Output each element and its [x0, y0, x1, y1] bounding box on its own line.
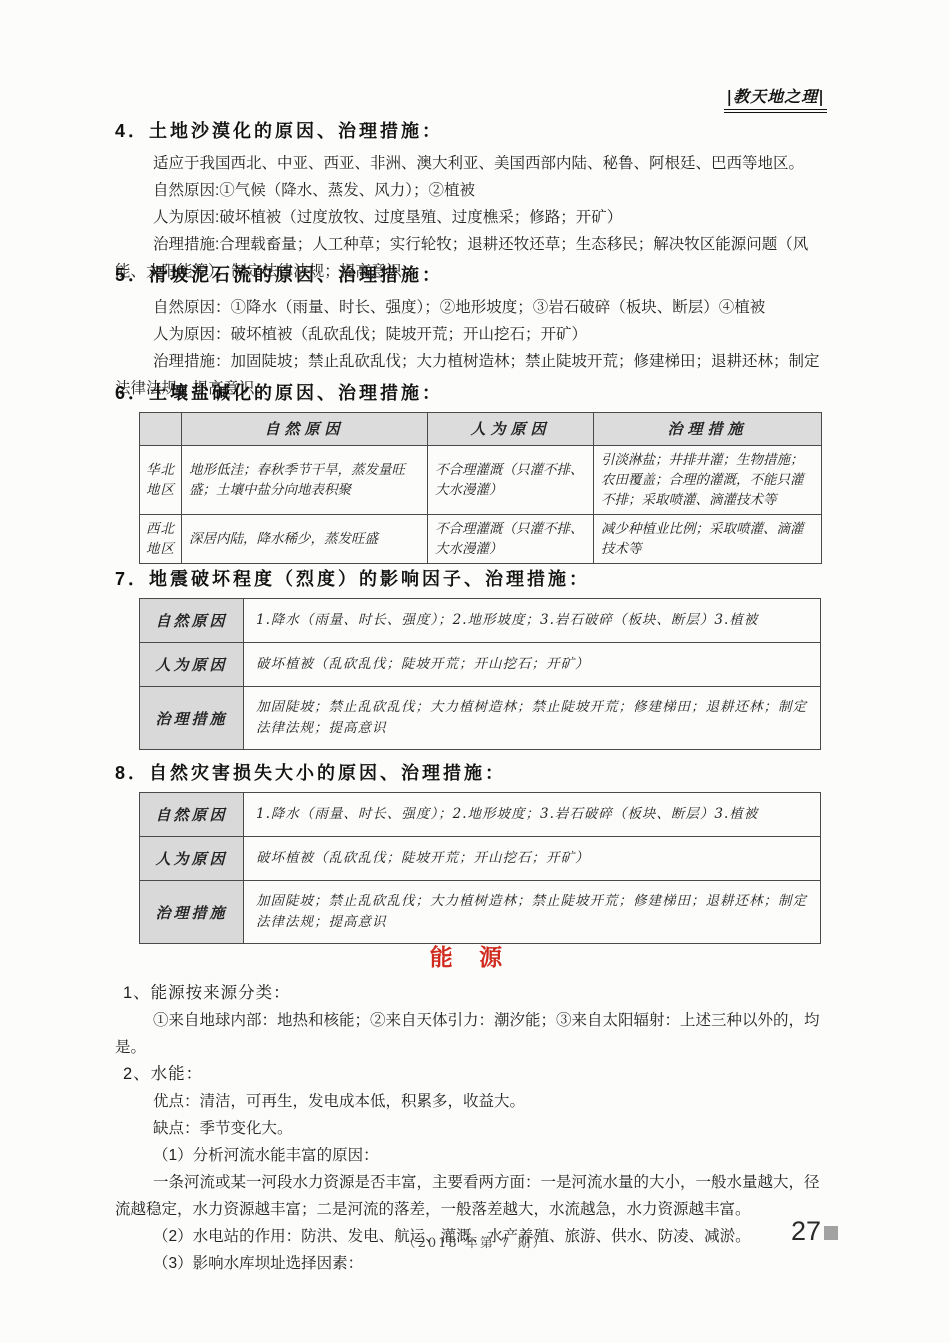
- row-label: 自然原因: [140, 599, 244, 643]
- paragraph: 人为原因：破坏植被（乱砍乱伐；陡坡开荒；开山挖石；开矿）: [115, 321, 827, 348]
- paragraph: 缺点：季节变化大。: [115, 1115, 827, 1142]
- measures-cell: 减少种植业比例；采取喷灌、滴灌技术等: [594, 515, 822, 564]
- table-row: 人为原因 破坏植被（乱砍乱伐；陡坡开荒；开山挖石；开矿）: [140, 837, 821, 881]
- energy-item-title: 2、水能：: [115, 1061, 827, 1088]
- paragraph: 人为原因:破坏植被（过度放牧、过度垦殖、过度樵采；修路；开矿）: [115, 204, 827, 231]
- table-row: 华北地区 地形低洼；春秋季节干旱，蒸发量旺盛；土壤中盐分向地表积聚 不合理灌溉（…: [140, 446, 822, 515]
- row-content: 破坏植被（乱砍乱伐；陡坡开荒；开山挖石；开矿）: [244, 643, 821, 687]
- section-salinization: 6．土壤盐碱化的原因、治理措施： 自然原因 人为原因 治理措施 华北地区 地形低…: [115, 380, 827, 564]
- row-label: 人为原因: [140, 837, 244, 881]
- row-label: 人为原因: [140, 643, 244, 687]
- column-header: 人为原因: [428, 413, 594, 446]
- earthquake-table: 自然原因 1.降水（雨量、时长、强度）；2.地形坡度；3.岩石破碎（板块、断层）…: [139, 598, 821, 750]
- row-label: 治理措施: [140, 881, 244, 944]
- page-header: |教天地之理|: [115, 84, 827, 113]
- measures-cell: 引淡淋盐；井排井灌；生物措施；农田覆盖；合理的灌溉，不能只灌不排；采取喷灌、滴灌…: [594, 446, 822, 515]
- paragraph: 自然原因:①气候（降水、蒸发、风力）；②植被: [115, 177, 827, 204]
- section-title: 5．滑坡泥石流的原因、治理措施：: [115, 262, 827, 288]
- natural-cause-cell: 深居内陆，降水稀少，蒸发旺盛: [182, 515, 428, 564]
- row-label: 自然原因: [140, 793, 244, 837]
- row-content: 1.降水（雨量、时长、强度）；2.地形坡度；3.岩石破碎（板块、断层）3.植被: [244, 599, 821, 643]
- row-content: 加固陡坡；禁止乱砍乱伐；大力植树造林；禁止陡坡开荒；修建梯田；退耕还林；制定法律…: [244, 687, 821, 750]
- table-row: 治理措施 加固陡坡；禁止乱砍乱伐；大力植树造林；禁止陡坡开荒；修建梯田；退耕还林…: [140, 881, 821, 944]
- row-content: 加固陡坡；禁止乱砍乱伐；大力植树造林；禁止陡坡开荒；修建梯田；退耕还林；制定法律…: [244, 881, 821, 944]
- natural-cause-cell: 地形低洼；春秋季节干旱，蒸发量旺盛；土壤中盐分向地表积聚: [182, 446, 428, 515]
- energy-item-title: 1、能源按来源分类：: [115, 980, 827, 1007]
- table-row: 自然原因 1.降水（雨量、时长、强度）；2.地形坡度；3.岩石破碎（板块、断层）…: [140, 793, 821, 837]
- section-title: 7．地震破坏程度（烈度）的影响因子、治理措施：: [115, 566, 827, 592]
- row-content: 破坏植被（乱砍乱伐；陡坡开荒；开山挖石；开矿）: [244, 837, 821, 881]
- section-energy: 能 源 1、能源按来源分类： ①来自地球内部：地热和核能；②来自天体引力：潮汐能…: [115, 942, 827, 1277]
- paragraph: （1）分析河流水能丰富的原因：: [115, 1142, 827, 1169]
- section-desertification: 4．土地沙漠化的原因、治理措施： 适应于我国西北、中亚、西亚、非洲、澳大利亚、美…: [115, 118, 827, 285]
- table-row: 人为原因 破坏植被（乱砍乱伐；陡坡开荒；开山挖石；开矿）: [140, 643, 821, 687]
- row-label: 治理措施: [140, 687, 244, 750]
- paragraph: 优点：清洁，可再生，发电成本低，积累多，收益大。: [115, 1088, 827, 1115]
- page-marker-square: [824, 1226, 838, 1240]
- table-row: 西北地区 深居内陆，降水稀少，蒸发旺盛 不合理灌溉（只灌不排、大水漫灌） 减少种…: [140, 515, 822, 564]
- row-content: 1.降水（雨量、时长、强度）；2.地形坡度；3.岩石破碎（板块、断层）3.植被: [244, 793, 821, 837]
- document-page: |教天地之理| 4．土地沙漠化的原因、治理措施： 适应于我国西北、中亚、西亚、非…: [0, 0, 950, 1343]
- section-title: 6．土壤盐碱化的原因、治理措施：: [115, 380, 827, 406]
- human-cause-cell: 不合理灌溉（只灌不排、大水漫灌）: [428, 515, 594, 564]
- salinization-table: 自然原因 人为原因 治理措施 华北地区 地形低洼；春秋季节干旱，蒸发量旺盛；土壤…: [139, 412, 822, 564]
- section-title: 8．自然灾害损失大小的原因、治理措施：: [115, 760, 827, 786]
- energy-heading: 能 源: [115, 942, 827, 972]
- paragraph: 一条河流或某一河段水力资源是否丰富，主要看两方面：一是河流水量的大小，一般水量越…: [115, 1169, 827, 1223]
- table-row: 治理措施 加固陡坡；禁止乱砍乱伐；大力植树造林；禁止陡坡开荒；修建梯田；退耕还林…: [140, 687, 821, 750]
- page-number: 27: [791, 1216, 838, 1246]
- table-row: 自然原因 1.降水（雨量、时长、强度）；2.地形坡度；3.岩石破碎（板块、断层）…: [140, 599, 821, 643]
- human-cause-cell: 不合理灌溉（只灌不排、大水漫灌）: [428, 446, 594, 515]
- region-cell: 西北地区: [140, 515, 182, 564]
- paragraph: 自然原因：①降水（雨量、时长、强度）；②地形坡度；③岩石破碎（板块、断层）④植被: [115, 294, 827, 321]
- table-header-row: 自然原因 人为原因 治理措施: [140, 413, 822, 446]
- paragraph: 适应于我国西北、中亚、西亚、非洲、澳大利亚、美国西部内陆、秘鲁、阿根廷、巴西等地…: [115, 150, 827, 177]
- paragraph: ①来自地球内部：地热和核能；②来自天体引力：潮汐能；③来自太阳辐射：上述三种以外…: [115, 1007, 827, 1061]
- paragraph: （3）影响水库坝址选择因素：: [115, 1250, 827, 1277]
- journal-brand: |教天地之理|: [724, 84, 827, 113]
- region-cell: 华北地区: [140, 446, 182, 515]
- section-earthquake: 7．地震破坏程度（烈度）的影响因子、治理措施： 自然原因 1.降水（雨量、时长、…: [115, 566, 827, 750]
- page-number-value: 27: [791, 1216, 821, 1246]
- column-header: 自然原因: [182, 413, 428, 446]
- disaster-loss-table: 自然原因 1.降水（雨量、时长、强度）；2.地形坡度；3.岩石破碎（板块、断层）…: [139, 792, 821, 944]
- corner-cell: [140, 413, 182, 446]
- section-title: 4．土地沙漠化的原因、治理措施：: [115, 118, 827, 144]
- section-disaster-loss: 8．自然灾害损失大小的原因、治理措施： 自然原因 1.降水（雨量、时长、强度）；…: [115, 760, 827, 944]
- column-header: 治理措施: [594, 413, 822, 446]
